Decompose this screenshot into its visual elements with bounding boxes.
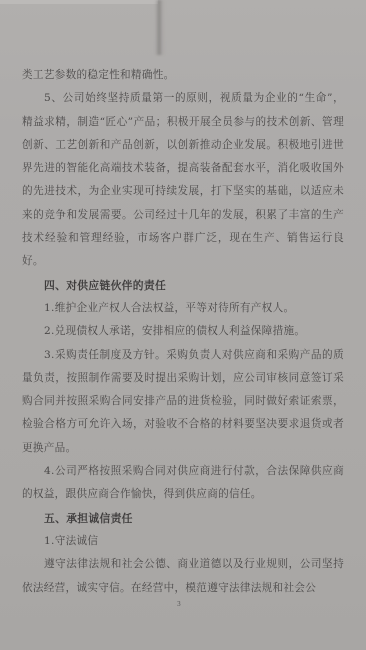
paragraph-law-compliance: 遵守法律法规和社会公德、商业道德以及行业规则，公司坚持依法经营，诚实守信。在经营… [22, 553, 344, 600]
paragraph-creditor-commitment: 2.兑现债权人承诺，安排相应的债权人利益保障措施。 [22, 320, 344, 343]
paragraph-property-rights: 1.维护企业产权人合法权益，平等对待所有产权人。 [22, 297, 344, 320]
paper-top-edge [0, 0, 158, 4]
document-page: 类工艺参数的稳定性和精确性。 5、公司始终坚持质量第一的原则，视质量为企业的“生… [0, 0, 366, 650]
section-heading-supply-chain: 四、对供应链伙伴的责任 [22, 274, 344, 297]
paragraph-supplier-payment: 4.公司严格按照采购合同对供应商进行付款，合法保障供应商的权益，跟供应商合作愉快… [22, 460, 344, 507]
paper-fold-shadow [155, 0, 165, 55]
document-body: 类工艺参数的稳定性和精确性。 5、公司始终坚持质量第一的原则，视质量为企业的“生… [22, 64, 344, 600]
section-heading-integrity: 五、承担诚信责任 [22, 507, 344, 530]
paragraph-procurement-policy: 3.采购责任制度及方针。采购负责人对供应商和采购产品的质量负责，按照制作需要及时… [22, 344, 344, 460]
paragraph-quality-principle: 5、公司始终坚持质量第一的原则，视质量为企业的“生命”，精益求精，制造“匠心”产… [22, 87, 344, 273]
page-number: 3 [177, 601, 181, 608]
paragraph-continuation: 类工艺参数的稳定性和精确性。 [22, 64, 344, 87]
subheading-law-integrity: 1.守法诚信 [22, 530, 344, 553]
